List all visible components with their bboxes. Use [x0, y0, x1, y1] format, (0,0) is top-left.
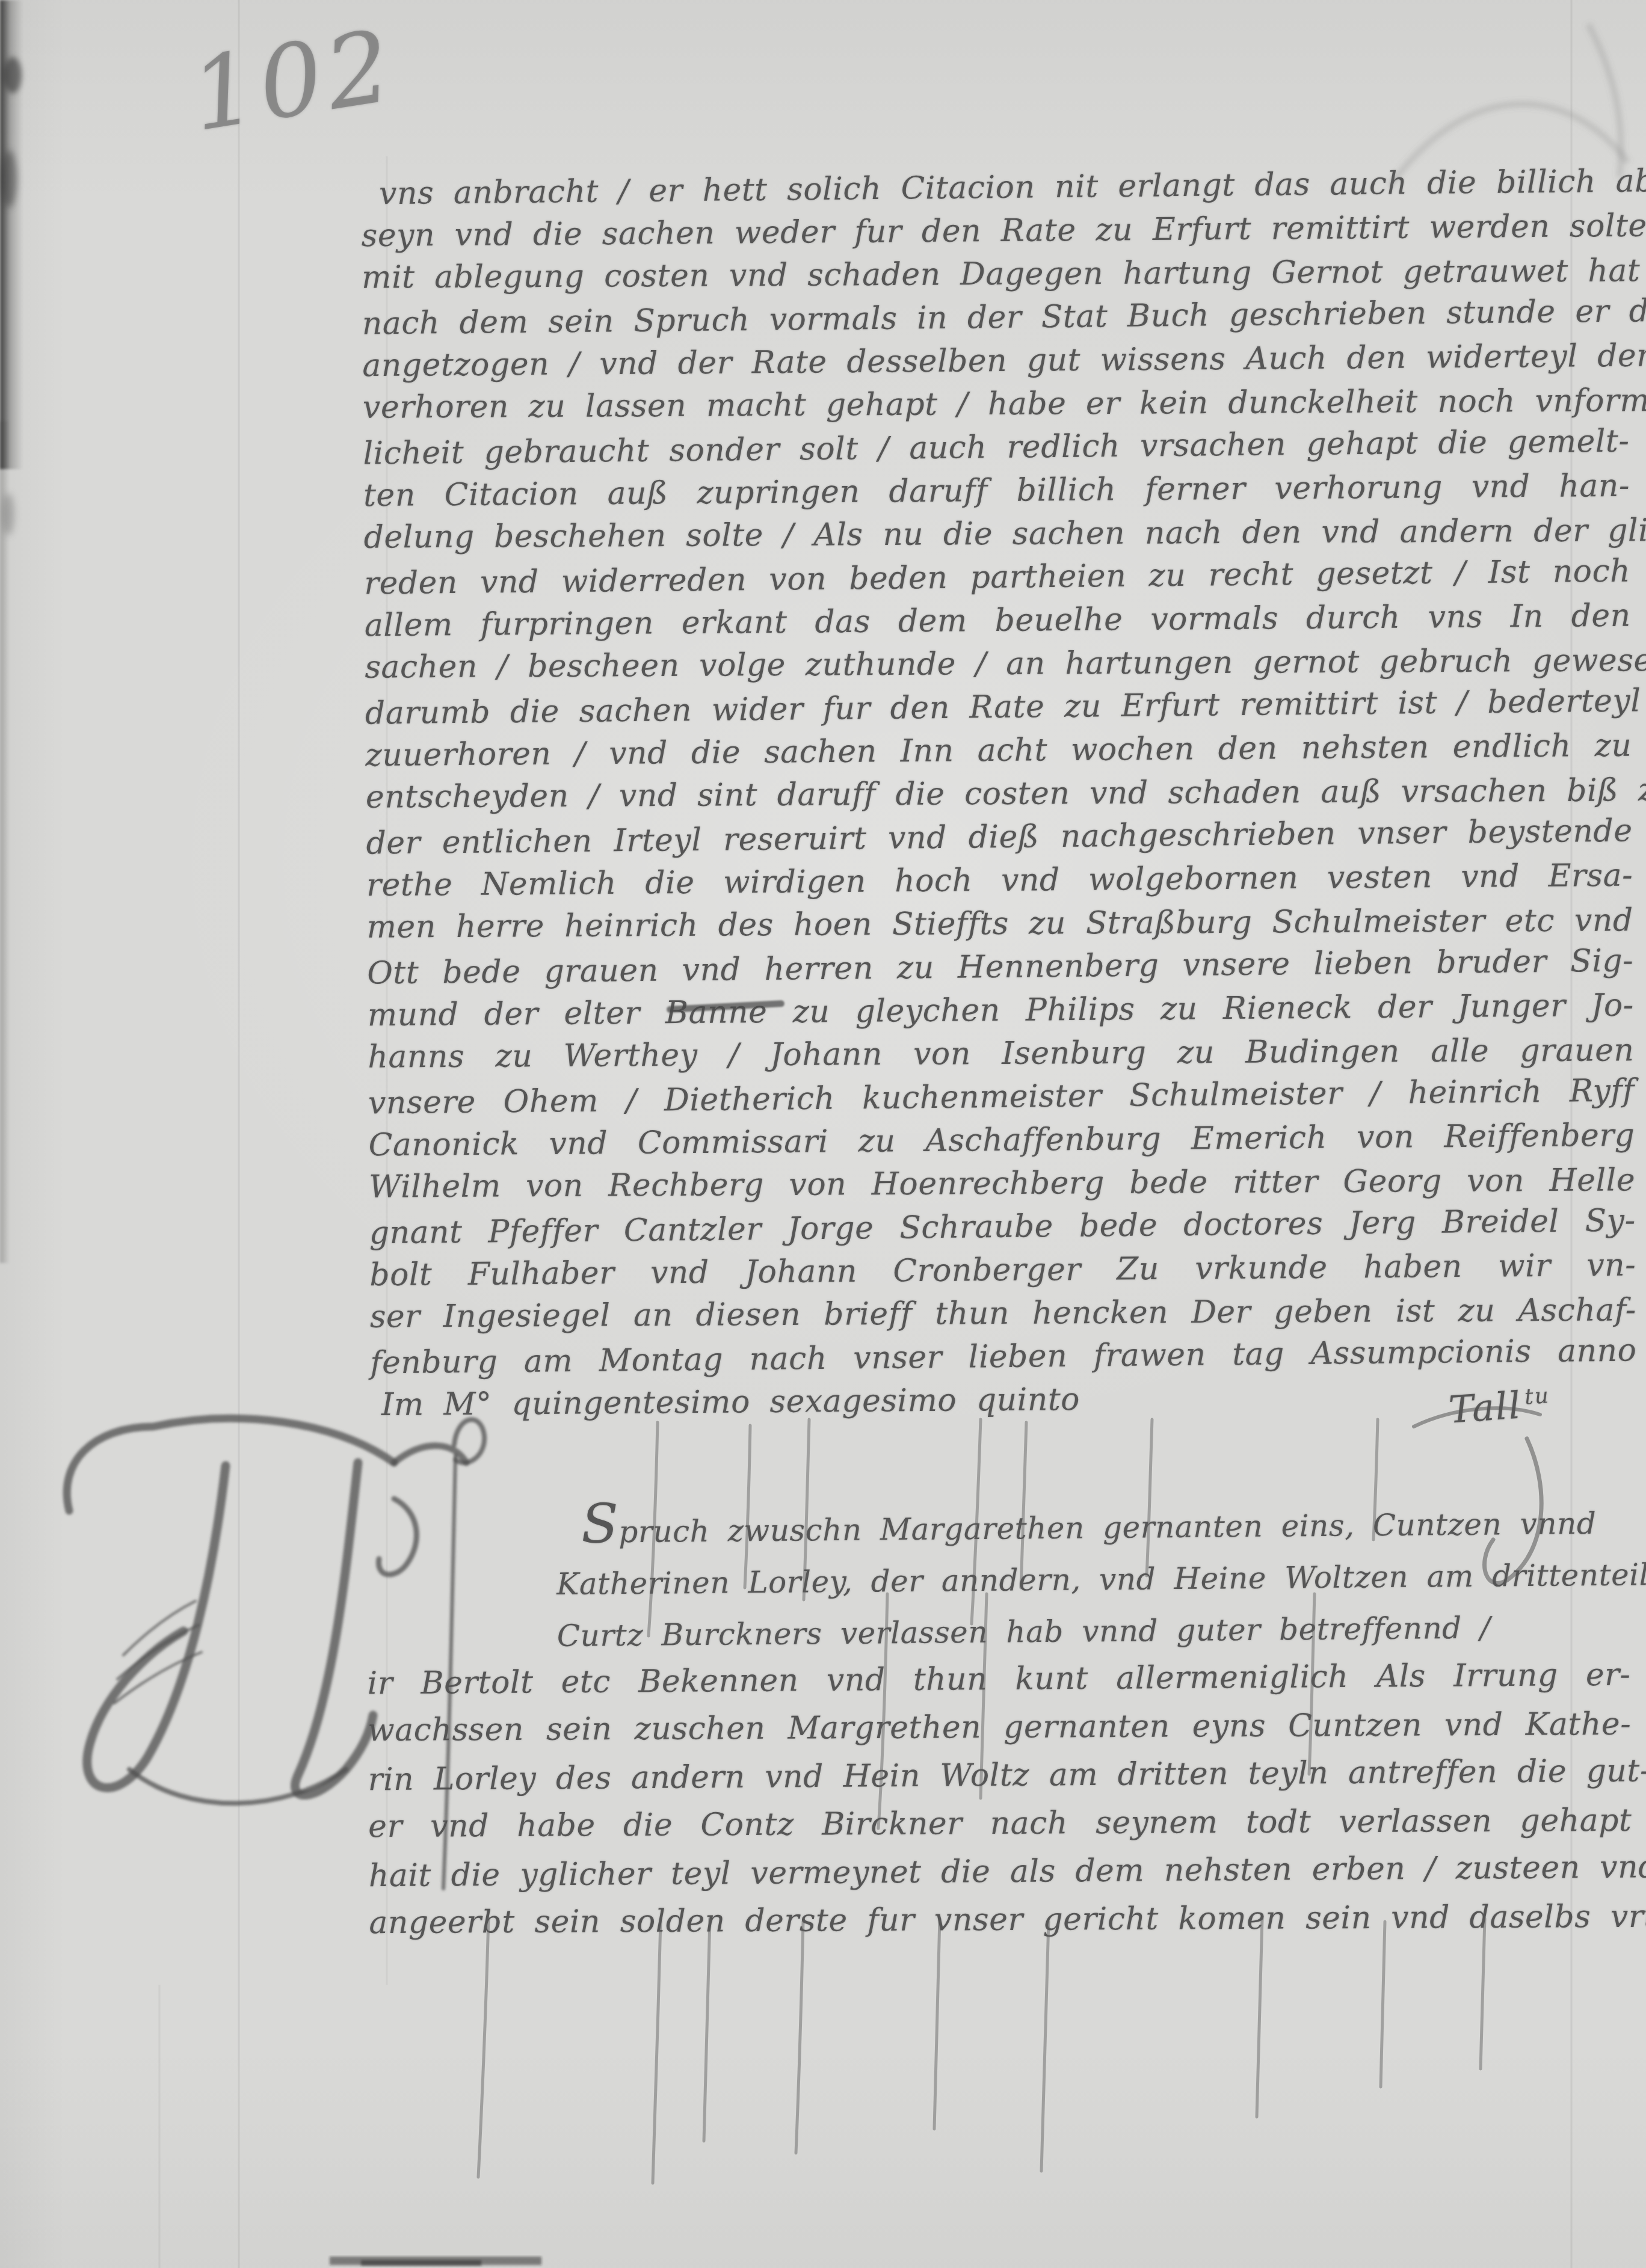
manuscript-scan-page: { "page": { "folio_number": "102", "regi…	[0, 0, 1646, 2268]
manuscript-line: hait die yglicher teyl vermeynet die als…	[369, 1843, 1633, 1901]
edge-ink-blob	[1, 150, 17, 207]
manuscript-line: er vnd habe die Contz Birckner nach seyn…	[368, 1796, 1632, 1851]
folio-number-pencil: 102	[183, 8, 403, 154]
registrar-mark-text: Tall	[1447, 1383, 1523, 1432]
manuscript-line: rin Lorley des andern vnd Hein Woltz am …	[368, 1747, 1632, 1804]
edge-ink-blob	[4, 57, 22, 93]
edge-ink-blob	[2, 493, 14, 535]
registrar-mark-superscript: tu	[1524, 1384, 1550, 1410]
heading-line: Katherinen Lorley, der anndern, vnd Hein…	[556, 1550, 1532, 1610]
manuscript-line: ir Bertolt etc Bekennen vnd thun kunt al…	[367, 1651, 1631, 1708]
bottom-edge-smudge	[330, 2257, 541, 2266]
registrar-mark: Talltu	[1447, 1381, 1552, 1432]
manuscript-line: angeerbt sein solden derste fur vnser ge…	[369, 1893, 1632, 1947]
heading-line: Spruch zwuschn Margarethen gernanten ein…	[556, 1498, 1531, 1558]
manuscript-line: wachssen sein zuschen Margrethen gernant…	[368, 1700, 1631, 1754]
closing-paragraph-block: ir Bertolt etc Bekennen vnd thun kunt al…	[367, 1651, 1632, 1949]
scan-edge-left-lower	[0, 421, 10, 1263]
case-heading-block: Spruch zwuschn Margarethen gernanten ein…	[556, 1498, 1532, 1662]
main-text-block: vns anbracht / er hett solich Citacion n…	[361, 161, 1637, 1427]
